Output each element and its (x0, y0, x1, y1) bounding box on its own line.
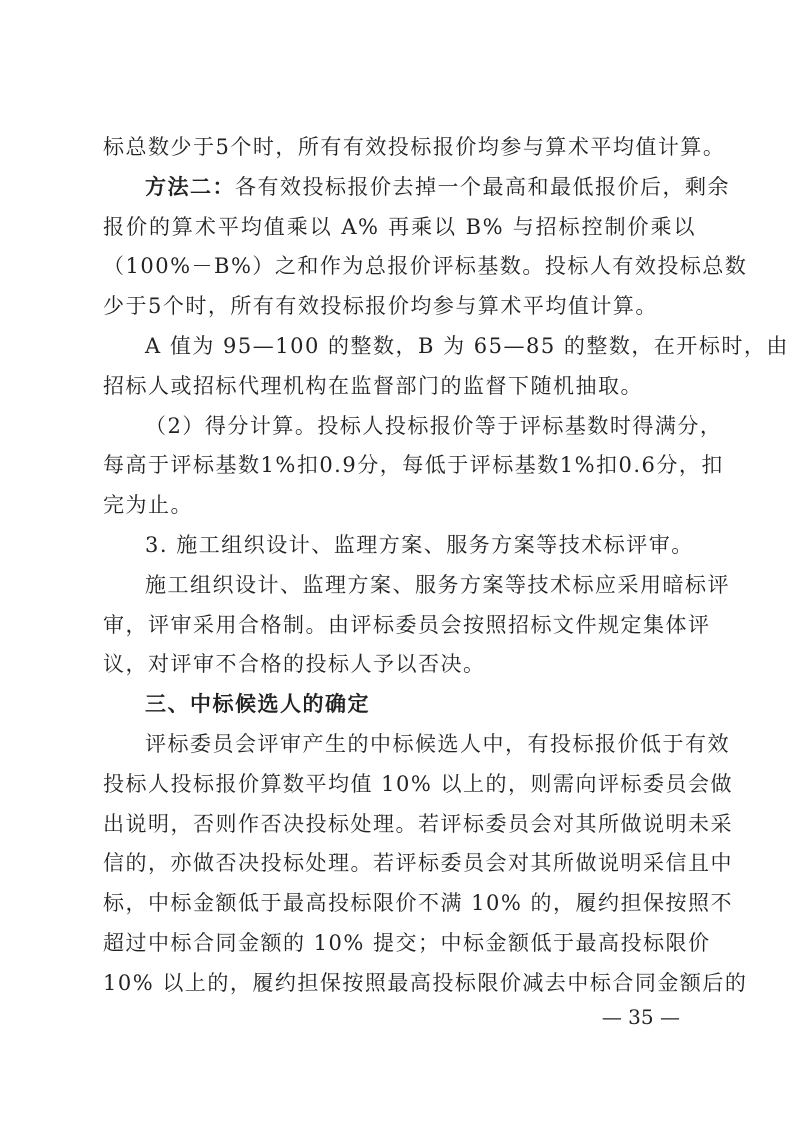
text-line: 10% 以上的，履约担保按照最高投标限价减去中标合同金额后的 (103, 964, 696, 1004)
text-line: 议，对评审不合格的投标人予以否决。 (103, 645, 696, 685)
text-line: 施工组织设计、监理方案、服务方案等技术标应采用暗标评 (103, 566, 696, 606)
page-number: — 35 — (580, 1005, 680, 1029)
text-line: 少于5个时，所有有效投标报价均参与算术平均值计算。 (103, 287, 696, 327)
text-line: 评标委员会评审产生的中标候选人中，有投标报价低于有效 (103, 725, 696, 765)
text-line: 出说明，否则作否决投标处理。若评标委员会对其所做说明未采 (103, 805, 696, 845)
text-line: （2）得分计算。投标人投标报价等于评标基数时得满分， (103, 407, 696, 447)
section-heading: 三、中标候选人的确定 (103, 685, 696, 725)
method-two-label: 方法二： (145, 175, 235, 199)
text-line: A 值为 95—100 的整数，B 为 65—85 的整数，在开标时，由 (103, 327, 696, 367)
document-body: 标总数少于5个时，所有有效投标报价均参与算术平均值计算。 方法二：各有效投标报价… (103, 128, 696, 1004)
text-line: 标总数少于5个时，所有有效投标报价均参与算术平均值计算。 (103, 128, 696, 168)
text-line: 信的，亦做否决投标处理。若评标委员会对其所做说明采信且中 (103, 844, 696, 884)
text-line: 招标人或招标代理机构在监督部门的监督下随机抽取。 (103, 367, 696, 407)
text-line: 完为止。 (103, 486, 696, 526)
text-line-content: 各有效投标报价去掉一个最高和最低报价后，剩余 (235, 175, 730, 199)
text-line: 标，中标金额低于最高投标限价不满 10% 的，履约担保按照不 (103, 884, 696, 924)
text-line: 审，评审采用合格制。由评标委员会按照招标文件规定集体评 (103, 606, 696, 646)
text-line: 报价的算术平均值乘以 A% 再乘以 B% 与招标控制价乘以 (103, 208, 696, 248)
text-line: 方法二：各有效投标报价去掉一个最高和最低报价后，剩余 (103, 168, 696, 208)
text-line: 每高于评标基数1%扣0.9分，每低于评标基数1%扣0.6分，扣 (103, 446, 696, 486)
text-line: 投标人投标报价算数平均值 10% 以上的，则需向评标委员会做 (103, 765, 696, 805)
text-line: （100%－B%）之和作为总报价评标基数。投标人有效投标总数 (103, 247, 696, 287)
subsection-heading: 3. 施工组织设计、监理方案、服务方案等技术标评审。 (103, 526, 696, 566)
text-line: 超过中标合同金额的 10% 提交；中标金额低于最高投标限价 (103, 924, 696, 964)
